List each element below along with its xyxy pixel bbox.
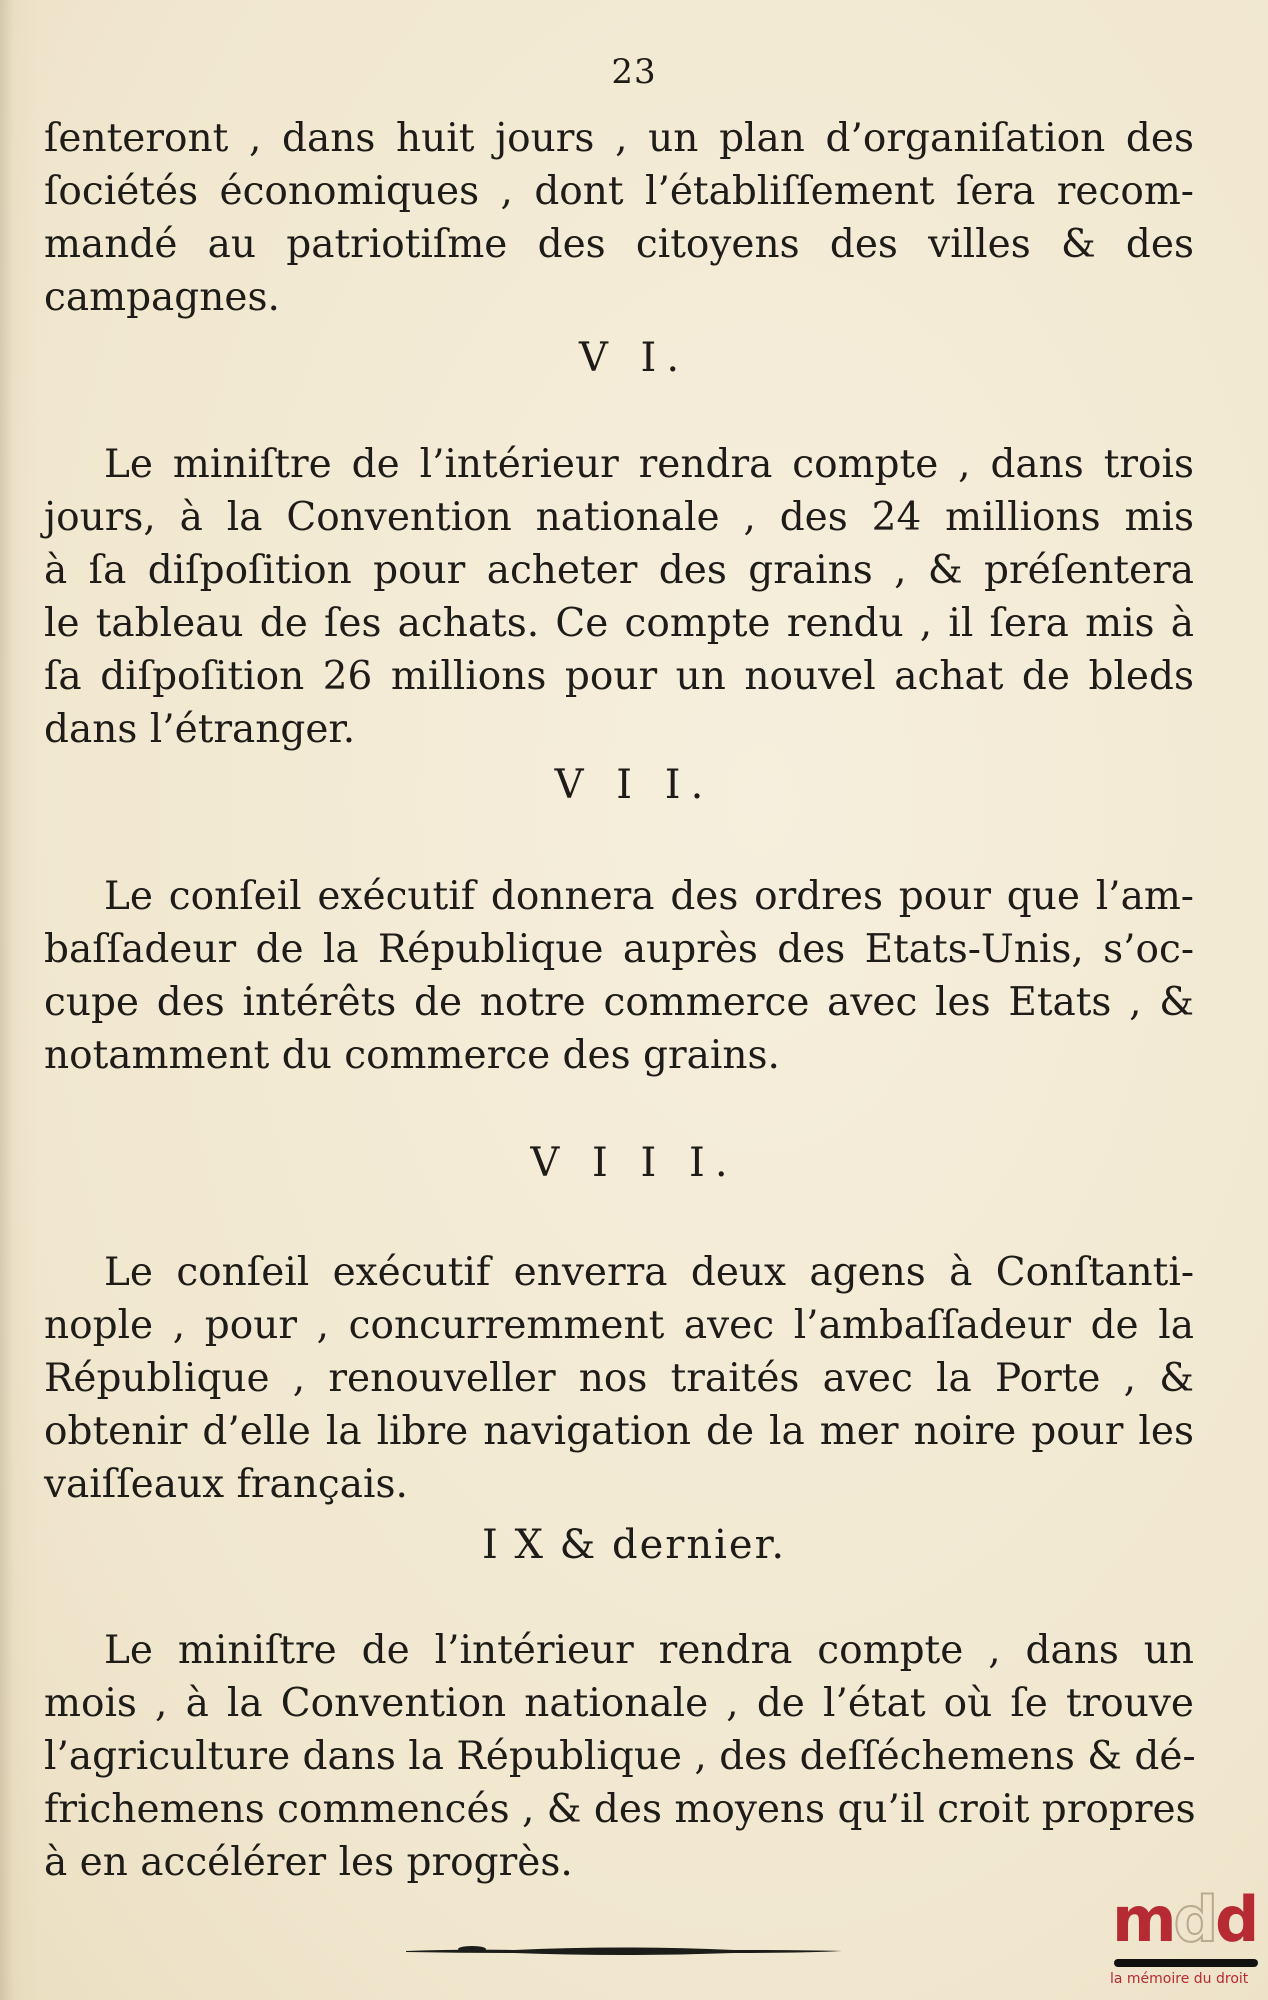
- scanned-document-page: 23 ſenteront , dans huit jours , un plan…: [0, 0, 1268, 2000]
- text-line: Le conſeil exécutif enverra deux agens à…: [44, 1246, 1194, 1299]
- text-line: nople , pour , concurremment avec l’amba…: [44, 1299, 1194, 1352]
- article-heading-ix: I X & dernier.: [0, 1522, 1268, 1568]
- text-line: mois , à la Convention nationale , de l’…: [44, 1677, 1194, 1730]
- logo-underline-bar: [1114, 1959, 1258, 1967]
- text-line: à ſa diſpoſition pour acheter des grains…: [44, 544, 1194, 597]
- article-viii-text: Le conſeil exécutif enverra deux agens à…: [44, 1246, 1194, 1511]
- text-line: campagnes.: [44, 271, 1194, 324]
- logo-letter-m: m: [1112, 1883, 1174, 1956]
- article-heading-viii: V I I I.: [0, 1140, 1268, 1186]
- text-line: l’agriculture dans la République , des d…: [44, 1730, 1194, 1783]
- article-vii-text: Le conſeil exécutif donnera des ordres p…: [44, 870, 1194, 1082]
- text-line: Le miniſtre de l’intérieur rendra compte…: [44, 1624, 1194, 1677]
- text-line: dans l’étranger.: [44, 703, 1194, 756]
- text-line: Le conſeil exécutif donnera des ordres p…: [44, 870, 1194, 923]
- article-heading-vi: V I.: [0, 335, 1268, 381]
- logo-letter-d: d: [1215, 1883, 1256, 1956]
- text-line: ſociétés économiques , dont l’établiſſem…: [44, 165, 1194, 218]
- text-line: notamment du commerce des grains.: [44, 1029, 1194, 1082]
- article-ix-text: Le miniſtre de l’intérieur rendra compte…: [44, 1624, 1194, 1889]
- text-line: cupe des intérêts de notre commerce avec…: [44, 976, 1194, 1029]
- text-line: frichemens commencés , & des moyens qu’i…: [44, 1783, 1194, 1836]
- text-line: Le miniſtre de l’intérieur rendra compte…: [44, 438, 1194, 491]
- text-line: République , renouveller nos traités ave…: [44, 1352, 1194, 1405]
- page-number: 23: [0, 52, 1268, 92]
- text-line: jours, à la Convention nationale , des 2…: [44, 491, 1194, 544]
- article-vi-text: Le miniſtre de l’intérieur rendra compte…: [44, 438, 1194, 756]
- logo-letter-d-outline: d: [1174, 1883, 1215, 1956]
- text-line: à en accélérer les progrès.: [44, 1836, 1194, 1889]
- logo-tagline: la mémoire du droit: [1110, 1971, 1268, 1987]
- text-line: mandé au patriotiſme des citoyens des vi…: [44, 218, 1194, 271]
- article-heading-vii: V I I.: [0, 762, 1268, 808]
- text-line: le tableau de ſes achats. Ce compte rend…: [44, 597, 1194, 650]
- text-line: ſenteront , dans huit jours , un plan d’…: [44, 112, 1194, 165]
- text-line: vaiſſeaux français.: [44, 1458, 1194, 1511]
- ornament-rule-divider: [404, 1945, 844, 1957]
- mdd-logo: mdd la mémoire du droit: [1108, 1885, 1268, 2000]
- text-line: obtenir d’elle la libre navigation de la…: [44, 1405, 1194, 1458]
- text-line: ſa diſpoſition 26 millions pour un nouve…: [44, 650, 1194, 703]
- logo-mark: mdd: [1112, 1885, 1256, 1955]
- text-line: baſſadeur de la République auprès des Et…: [44, 923, 1194, 976]
- opening-paragraph: ſenteront , dans huit jours , un plan d’…: [44, 112, 1194, 324]
